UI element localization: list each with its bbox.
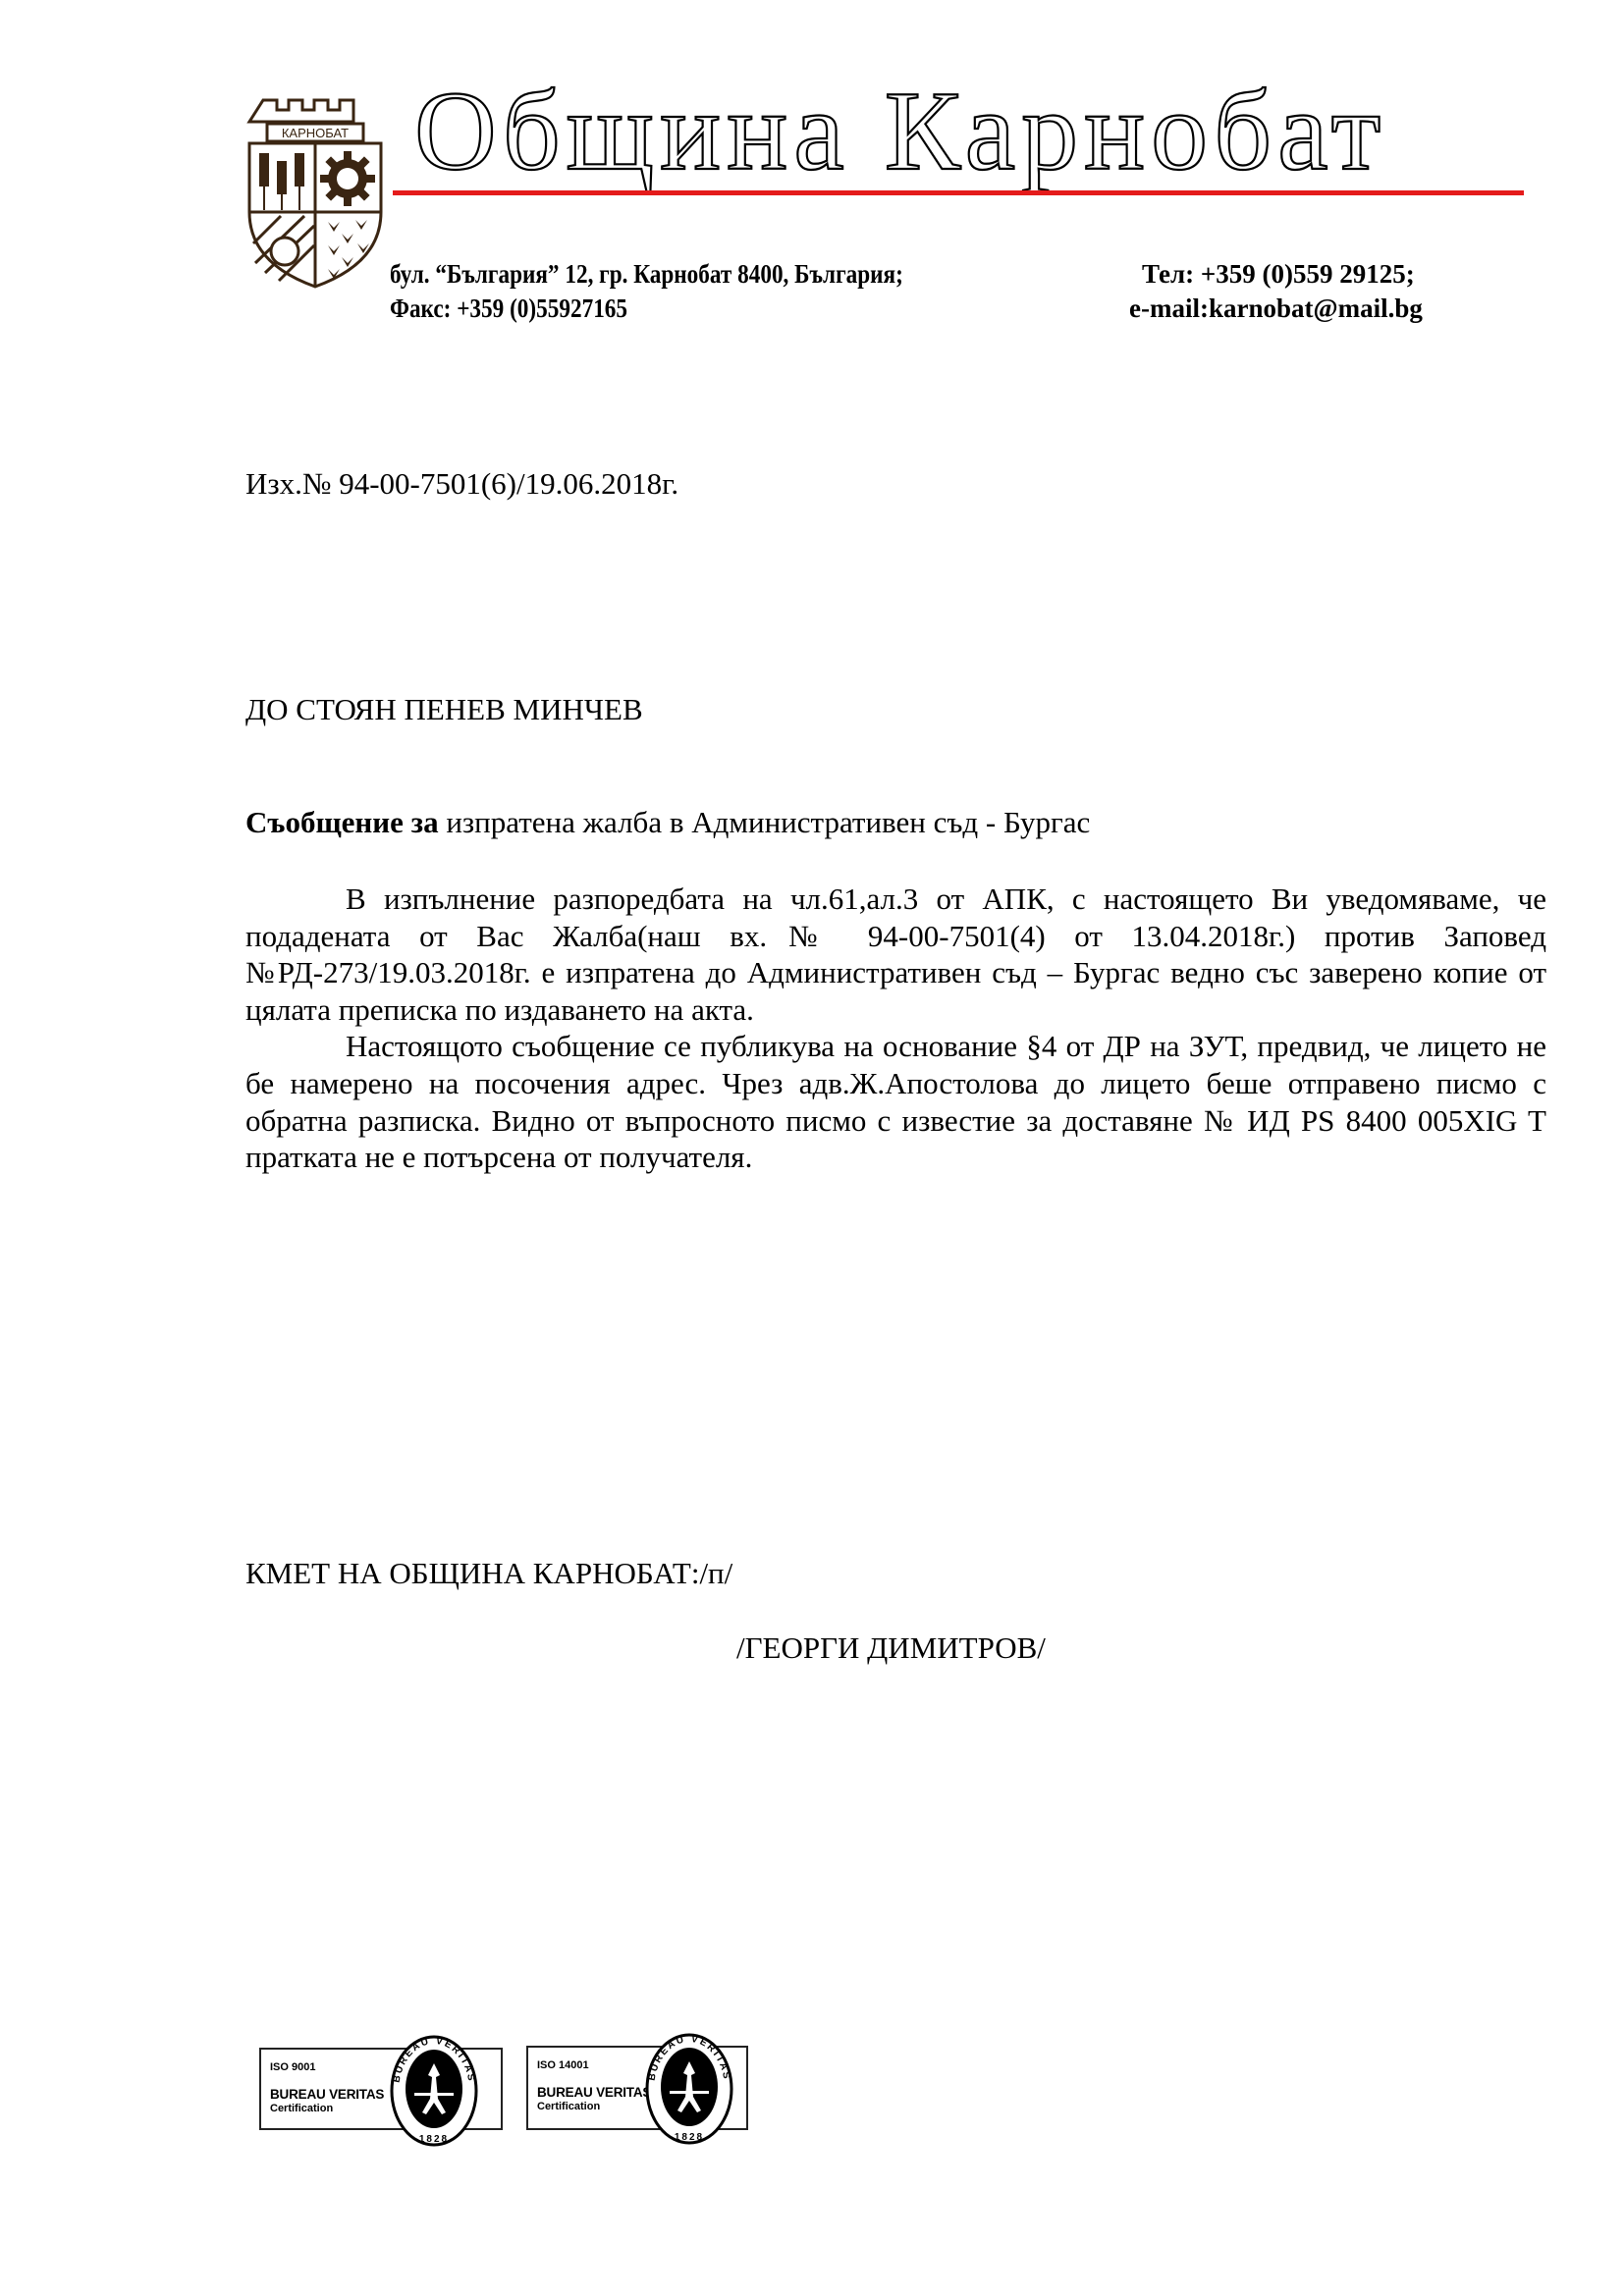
cert-body: BUREAU VERITAS: [270, 2087, 384, 2102]
outgoing-reference: Изх.№ 94-00-7501(6)/19.06.2018г.: [245, 465, 678, 503]
subject: Съобщение за изпратена жалба в Администр…: [245, 804, 1090, 841]
header-divider: [393, 190, 1524, 195]
cert-standard: ISO 14001: [537, 2059, 589, 2071]
cert-body: BUREAU VERITAS: [537, 2085, 651, 2100]
address: бул. “България” 12, гр. Карнобат 8400, Б…: [390, 257, 903, 291]
bureau-veritas-seal-icon: BUREAU VERITAS 1828: [644, 2032, 734, 2146]
subject-text: изпратена жалба в Административен съд - …: [439, 805, 1091, 839]
bureau-veritas-seal-icon: BUREAU VERITAS 1828: [389, 2034, 479, 2148]
subject-label: Съобщение за: [245, 805, 439, 839]
cert-label: Certification: [537, 2101, 600, 2112]
cert-standard: ISO 9001: [270, 2061, 315, 2073]
letter-body: В изпълнение разпоредбата на чл.61,ал.3 …: [245, 881, 1546, 1176]
svg-text:КАРНОБАТ: КАРНОБАТ: [282, 126, 349, 140]
paragraph: Настоящото съобщение се публикува на осн…: [245, 1028, 1546, 1175]
paragraph: В изпълнение разпоредбата на чл.61,ал.3 …: [245, 881, 1546, 1028]
municipality-title: Община Карнобат: [414, 73, 1563, 190]
cert-label: Certification: [270, 2103, 333, 2114]
phone: Тел: +359 (0)559 29125;: [1142, 257, 1415, 291]
email-link[interactable]: e-mail:karnobat@mail.bg: [1129, 292, 1423, 325]
recipient: ДО СТОЯН ПЕНЕВ МИНЧЕВ: [245, 691, 643, 728]
svg-text:1828: 1828: [675, 2132, 704, 2143]
fax: Факс: +359 (0)55927165: [390, 292, 627, 325]
svg-text:1828: 1828: [419, 2134, 449, 2145]
municipality-crest-icon: КАРНОБАТ: [245, 96, 385, 289]
signature-name: /ГЕОРГИ ДИМИТРОВ/: [736, 1629, 1046, 1667]
signature-title: КМЕТ НА ОБЩИНА КАРНОБАТ:/п/: [245, 1555, 732, 1592]
